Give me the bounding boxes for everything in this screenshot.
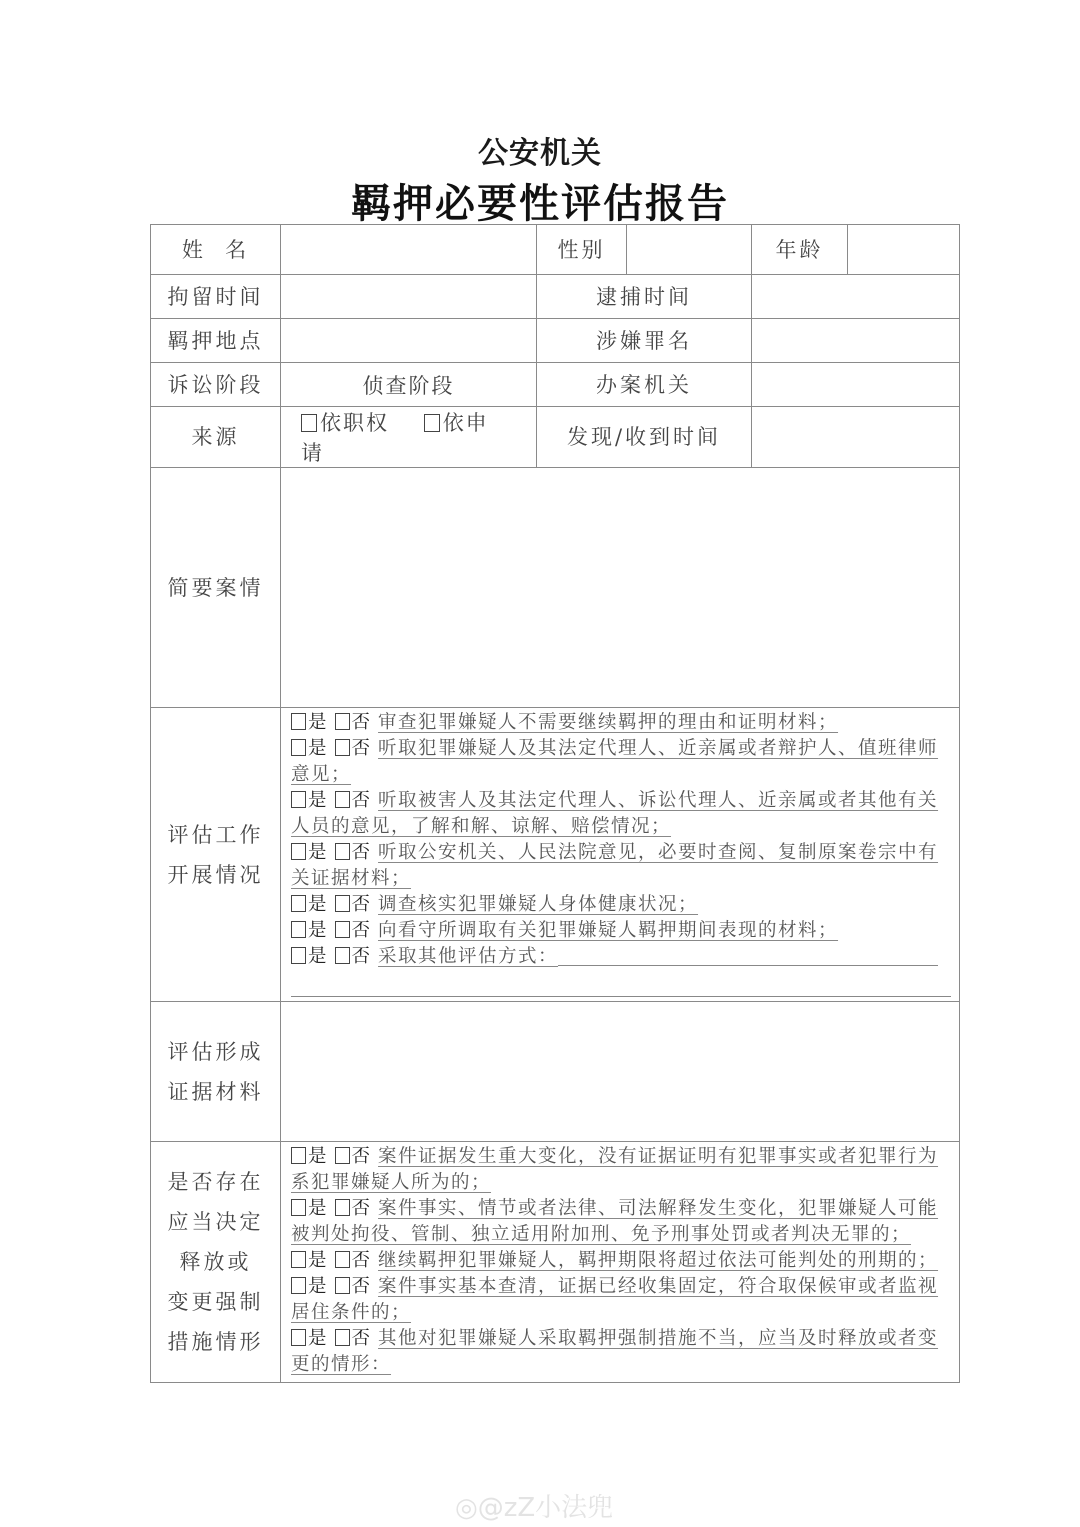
- checkbox-icon[interactable]: [291, 791, 306, 808]
- age-field[interactable]: [848, 225, 960, 275]
- checkbox-icon[interactable]: [291, 921, 306, 938]
- checkbox-icon[interactable]: [335, 947, 350, 964]
- checkbox-icon[interactable]: [291, 1199, 306, 1216]
- checkbox-icon[interactable]: [335, 1199, 350, 1216]
- charge-field[interactable]: [752, 319, 960, 363]
- source-option-ex-officio[interactable]: 依职权: [301, 411, 389, 435]
- eval-item: 是否审查犯罪嫌疑人不需要继续羁押的理由和证明材料；: [291, 710, 951, 736]
- charge-label: 涉嫌罪名: [537, 319, 752, 363]
- checkbox-icon[interactable]: [335, 1147, 350, 1164]
- eval-item: 是否听取犯罪嫌疑人及其法定代理人、近亲属或者辩护人、值班律师意见；: [291, 736, 951, 788]
- gender-field[interactable]: [627, 225, 752, 275]
- checkbox-icon[interactable]: [335, 1277, 350, 1294]
- eval-item-other: 是否采取其他评估方式：: [291, 944, 951, 970]
- name-label: 姓 名: [151, 225, 281, 275]
- release-item: 是否案件事实、情节或者法律、司法解释发生变化，犯罪嫌疑人可能被判处拘役、管制、独…: [291, 1196, 951, 1248]
- evidence-field[interactable]: [281, 1002, 960, 1142]
- arrest-time-field[interactable]: [752, 275, 960, 319]
- evaluation-work-label: 评估工作 开展情况: [151, 708, 281, 1002]
- evidence-label: 评估形成 证据材料: [151, 1002, 281, 1142]
- checkbox-icon[interactable]: [291, 1251, 306, 1268]
- checkbox-icon[interactable]: [335, 895, 350, 912]
- watermark: ◎@zZ小法兜: [455, 1487, 613, 1524]
- other-method-blank-line[interactable]: [291, 972, 951, 997]
- release-item: 是否案件事实基本查清，证据已经收集固定，符合取保候审或者监视居住条件的；: [291, 1274, 951, 1326]
- release-item: 是否继续羁押犯罪嫌疑人，羁押期限将超过依法可能判处的刑期的；: [291, 1248, 951, 1274]
- checkbox-icon[interactable]: [335, 713, 350, 730]
- release-item: 是否其他对犯罪嫌疑人采取羁押强制措施不当，应当及时释放或者变更的情形：: [291, 1326, 951, 1378]
- found-time-field[interactable]: [752, 407, 960, 468]
- document-title: 羁押必要性评估报告: [0, 172, 1080, 229]
- handling-agency-field[interactable]: [752, 363, 960, 407]
- litigation-stage-value[interactable]: 侦查阶段: [281, 363, 537, 407]
- source-options: 依职权 依申请: [281, 407, 537, 468]
- detention-time-label: 拘留时间: [151, 275, 281, 319]
- checkbox-icon[interactable]: [291, 1329, 306, 1346]
- assessment-form-table: 姓 名 性别 年龄 拘留时间 逮捕时间 羁押地点 涉嫌罪名 诉讼阶段 侦查阶段 …: [150, 224, 960, 1383]
- eval-item: 是否听取被害人及其法定代理人、诉讼代理人、近亲属或者其他有关人员的意见，了解和解…: [291, 788, 951, 840]
- checkbox-icon[interactable]: [291, 1277, 306, 1294]
- checkbox-icon[interactable]: [424, 414, 440, 432]
- checkbox-icon[interactable]: [335, 739, 350, 756]
- case-summary-label: 简要案情: [151, 468, 281, 708]
- detention-time-field[interactable]: [281, 275, 537, 319]
- checkbox-icon[interactable]: [335, 1251, 350, 1268]
- checkbox-icon[interactable]: [291, 739, 306, 756]
- custody-place-label: 羁押地点: [151, 319, 281, 363]
- checkbox-icon[interactable]: [291, 1147, 306, 1164]
- eval-item: 是否听取公安机关、人民法院意见，必要时查阅、复制原案卷宗中有关证据材料；: [291, 840, 951, 892]
- document-subtitle: 公安机关: [0, 128, 1080, 172]
- found-time-label: 发现/收到时间: [537, 407, 752, 468]
- eval-item: 是否向看守所调取有关犯罪嫌疑人羁押期间表现的材料；: [291, 918, 951, 944]
- custody-place-field[interactable]: [281, 319, 537, 363]
- checkbox-icon[interactable]: [335, 921, 350, 938]
- release-conditions-label: 是否存在 应当决定 释放或 变更强制 措施情形: [151, 1142, 281, 1383]
- checkbox-icon[interactable]: [335, 843, 350, 860]
- checkbox-icon[interactable]: [335, 1329, 350, 1346]
- checkbox-icon[interactable]: [335, 791, 350, 808]
- weibo-icon: ◎: [455, 1493, 478, 1523]
- litigation-stage-label: 诉讼阶段: [151, 363, 281, 407]
- checkbox-icon[interactable]: [291, 713, 306, 730]
- other-method-input[interactable]: [558, 947, 938, 966]
- eval-item: 是否调查核实犯罪嫌疑人身体健康状况；: [291, 892, 951, 918]
- age-label: 年龄: [752, 225, 848, 275]
- evaluation-work-items: 是否审查犯罪嫌疑人不需要继续羁押的理由和证明材料； 是否听取犯罪嫌疑人及其法定代…: [281, 708, 960, 1002]
- source-label: 来源: [151, 407, 281, 468]
- release-item: 是否案件证据发生重大变化，没有证据证明有犯罪事实或者犯罪行为系犯罪嫌疑人所为的；: [291, 1144, 951, 1196]
- arrest-time-label: 逮捕时间: [537, 275, 752, 319]
- handling-agency-label: 办案机关: [537, 363, 752, 407]
- checkbox-icon[interactable]: [301, 414, 317, 432]
- checkbox-icon[interactable]: [291, 843, 306, 860]
- checkbox-icon[interactable]: [291, 947, 306, 964]
- name-field[interactable]: [281, 225, 537, 275]
- release-conditions-items: 是否案件证据发生重大变化，没有证据证明有犯罪事实或者犯罪行为系犯罪嫌疑人所为的；…: [281, 1142, 960, 1383]
- case-summary-field[interactable]: [281, 468, 960, 708]
- checkbox-icon[interactable]: [291, 895, 306, 912]
- gender-label: 性别: [537, 225, 627, 275]
